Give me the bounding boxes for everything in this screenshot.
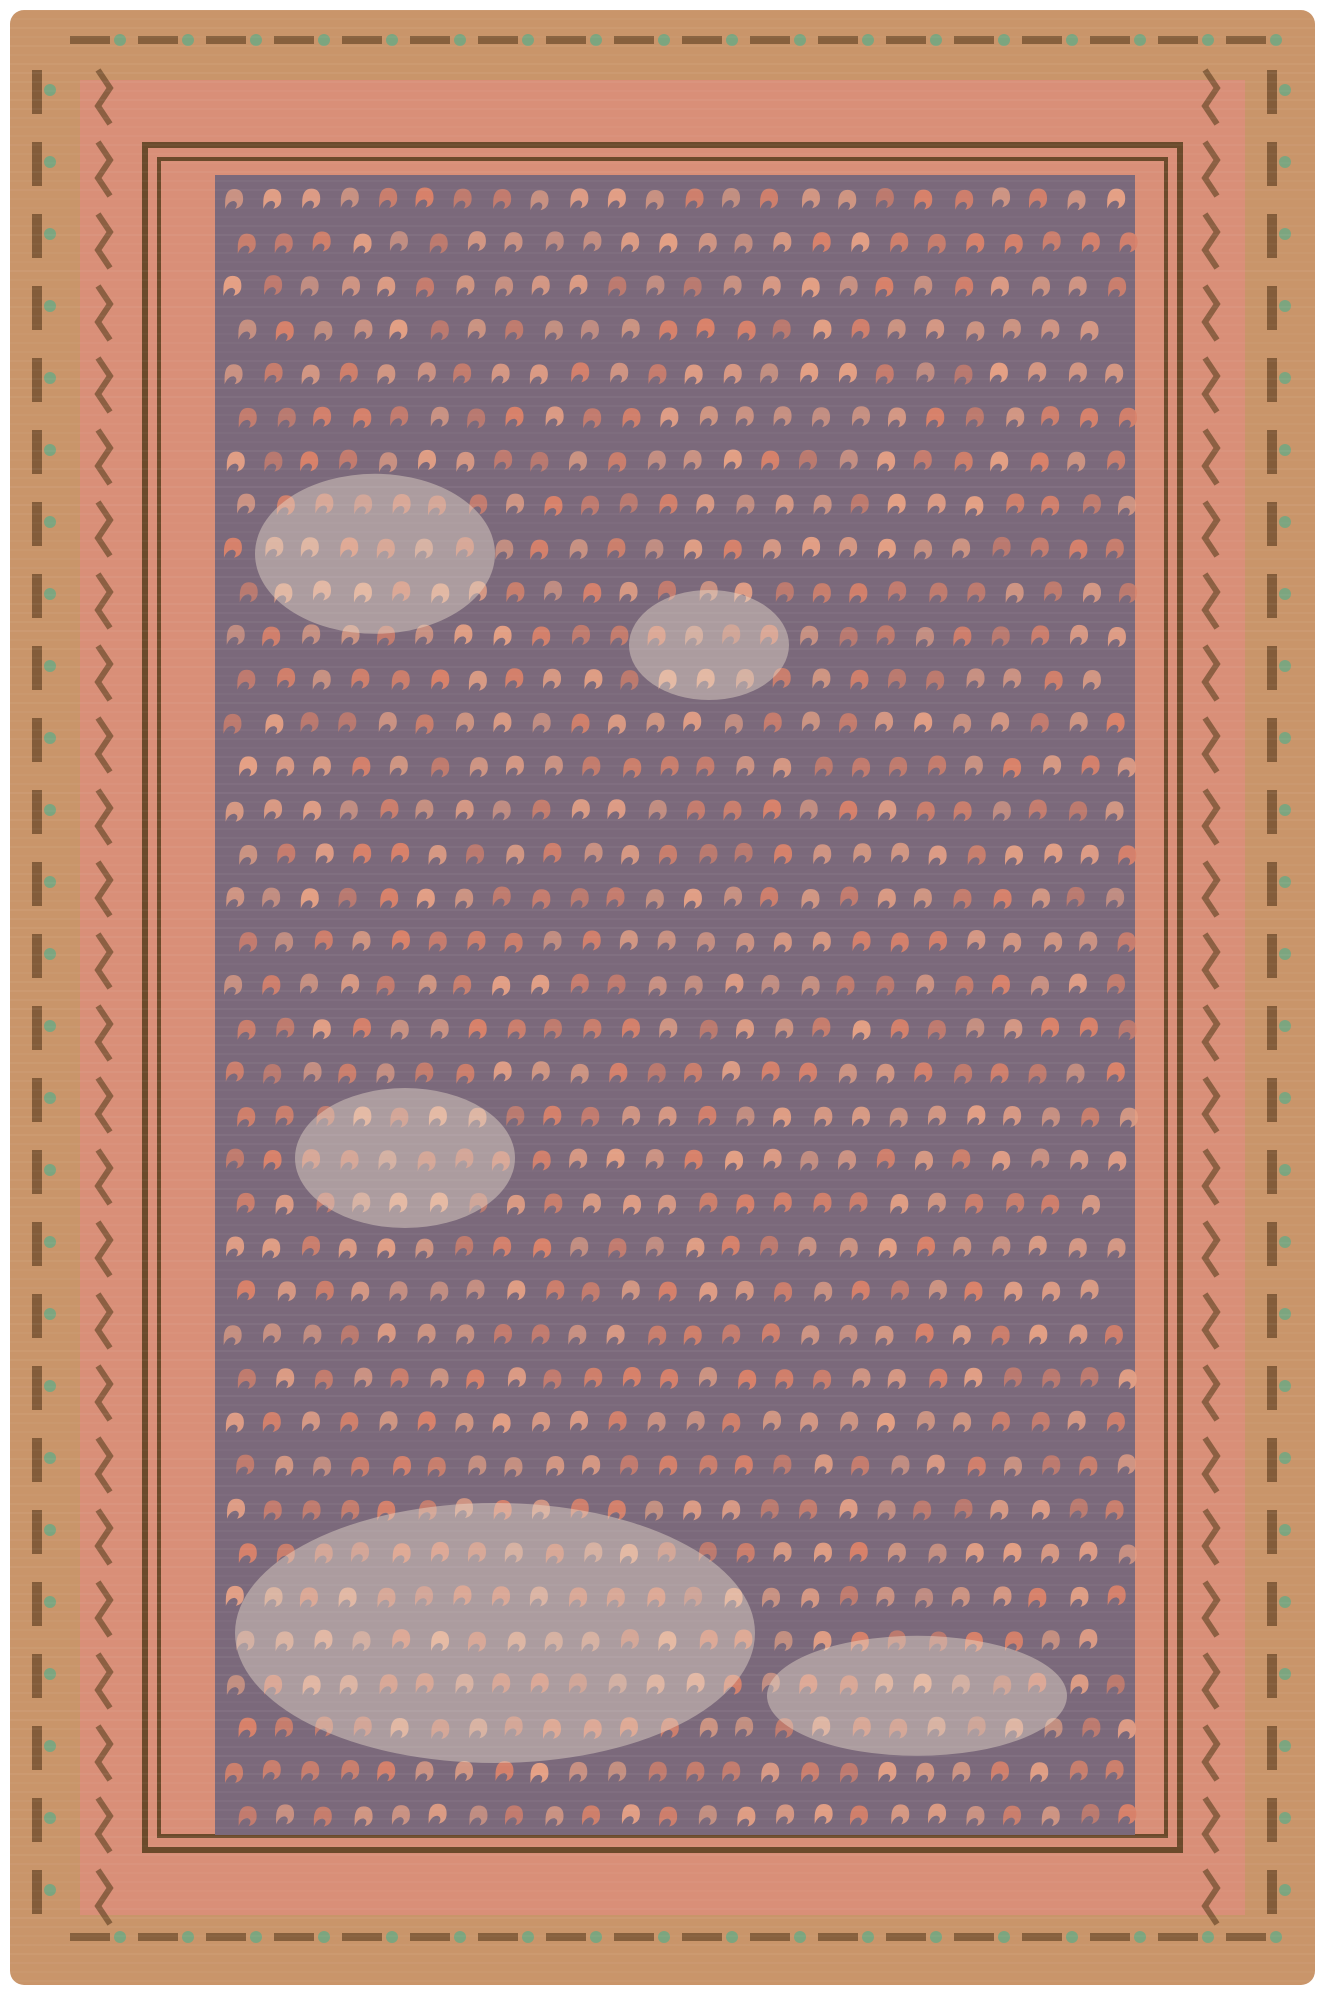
border-accent-dot: [44, 1308, 56, 1320]
border-accent-dot: [44, 84, 56, 96]
border-accent-dot: [44, 444, 56, 456]
rug: [10, 10, 1315, 1985]
border-accent-dot: [454, 1931, 466, 1943]
border-accent-dot: [1279, 732, 1291, 744]
border-accent-dot: [1134, 1931, 1146, 1943]
border-glyph: [32, 1510, 42, 1554]
border-accent-dot: [318, 1931, 330, 1943]
border-glyph: [1267, 1150, 1277, 1194]
border-glyph: [886, 1933, 926, 1941]
border-glyph: [32, 862, 42, 906]
border-accent-dot: [1202, 34, 1214, 46]
border-glyph: [478, 1933, 518, 1941]
border-glyph: [410, 1933, 450, 1941]
border-accent-dot: [726, 34, 738, 46]
border-accent-dot: [1279, 660, 1291, 672]
border-accent-dot: [44, 1812, 56, 1824]
border-accent-dot: [1270, 1931, 1282, 1943]
border-accent-dot: [44, 588, 56, 600]
border-glyph: [1267, 1870, 1277, 1914]
border-accent-dot: [44, 228, 56, 240]
border-accent-dot: [114, 1931, 126, 1943]
border-accent-dot: [1279, 948, 1291, 960]
border-accent-dot: [998, 34, 1010, 46]
border-glyph: [32, 1294, 42, 1338]
border-accent-dot: [1279, 804, 1291, 816]
border-accent-dot: [930, 1931, 942, 1943]
border-glyph: [32, 1078, 42, 1122]
rug-illustration: [10, 10, 1315, 1985]
border-accent-dot: [1279, 1164, 1291, 1176]
border-accent-dot: [1279, 1668, 1291, 1680]
border-glyph: [206, 1933, 246, 1941]
border-accent-dot: [1279, 1740, 1291, 1752]
border-accent-dot: [1279, 1812, 1291, 1824]
border-glyph: [1267, 1438, 1277, 1482]
border-glyph: [32, 430, 42, 474]
border-accent-dot: [44, 1236, 56, 1248]
border-glyph: [682, 1933, 722, 1941]
border-accent-dot: [44, 300, 56, 312]
border-accent-dot: [44, 1452, 56, 1464]
border-accent-dot: [930, 34, 942, 46]
border-glyph: [1267, 1582, 1277, 1626]
border-accent-dot: [44, 1884, 56, 1896]
border-accent-dot: [44, 1092, 56, 1104]
border-accent-dot: [1279, 228, 1291, 240]
border-glyph: [274, 1933, 314, 1941]
border-accent-dot: [44, 732, 56, 744]
border-accent-dot: [590, 1931, 602, 1943]
border-accent-dot: [250, 1931, 262, 1943]
border-glyph: [1267, 1798, 1277, 1842]
border-accent-dot: [44, 1164, 56, 1176]
border-glyph: [32, 1366, 42, 1410]
border-accent-dot: [1066, 1931, 1078, 1943]
border-glyph: [1158, 1933, 1198, 1941]
worn-patch: [629, 590, 789, 700]
border-glyph: [1267, 1510, 1277, 1554]
border-accent-dot: [454, 34, 466, 46]
border-accent-dot: [1279, 300, 1291, 312]
border-accent-dot: [44, 1020, 56, 1032]
border-glyph: [1267, 286, 1277, 330]
border-glyph: [32, 142, 42, 186]
border-glyph: [138, 1933, 178, 1941]
border-glyph: [954, 1933, 994, 1941]
border-glyph: [1267, 862, 1277, 906]
border-accent-dot: [1279, 1020, 1291, 1032]
border-accent-dot: [44, 876, 56, 888]
border-accent-dot: [1270, 34, 1282, 46]
border-accent-dot: [1279, 1380, 1291, 1392]
border-glyph: [32, 1654, 42, 1698]
border-glyph: [32, 718, 42, 762]
border-accent-dot: [658, 34, 670, 46]
border-accent-dot: [1134, 34, 1146, 46]
border-glyph: [1267, 790, 1277, 834]
border-glyph: [1267, 646, 1277, 690]
border-glyph: [32, 502, 42, 546]
border-accent-dot: [658, 1931, 670, 1943]
border-accent-dot: [726, 1931, 738, 1943]
border-glyph: [1267, 70, 1277, 114]
border-glyph: [1267, 1366, 1277, 1410]
border-accent-dot: [44, 1380, 56, 1392]
border-accent-dot: [1279, 516, 1291, 528]
worn-patch: [235, 1503, 755, 1763]
border-glyph: [1226, 1933, 1266, 1941]
border-glyph: [750, 1933, 790, 1941]
border-accent-dot: [522, 34, 534, 46]
border-glyph: [1267, 214, 1277, 258]
border-glyph: [1267, 1078, 1277, 1122]
border-accent-dot: [386, 34, 398, 46]
border-glyph: [32, 286, 42, 330]
border-accent-dot: [1279, 588, 1291, 600]
border-glyph: [1267, 1222, 1277, 1266]
border-glyph: [32, 934, 42, 978]
border-glyph: [32, 214, 42, 258]
border-glyph: [32, 1870, 42, 1914]
border-accent-dot: [862, 34, 874, 46]
border-accent-dot: [1279, 1596, 1291, 1608]
border-glyph: [1267, 502, 1277, 546]
border-glyph: [1267, 430, 1277, 474]
border-glyph: [32, 1582, 42, 1626]
border-glyph: [32, 790, 42, 834]
border-accent-dot: [44, 156, 56, 168]
border-accent-dot: [44, 948, 56, 960]
border-accent-dot: [386, 1931, 398, 1943]
border-accent-dot: [318, 34, 330, 46]
border-accent-dot: [1279, 1524, 1291, 1536]
border-glyph: [1267, 1294, 1277, 1338]
border-accent-dot: [114, 34, 126, 46]
border-accent-dot: [1279, 84, 1291, 96]
border-accent-dot: [44, 516, 56, 528]
worn-patch: [255, 474, 495, 634]
border-accent-dot: [1279, 1092, 1291, 1104]
border-glyph: [614, 1933, 654, 1941]
border-accent-dot: [1279, 1308, 1291, 1320]
border-accent-dot: [44, 804, 56, 816]
border-accent-dot: [862, 1931, 874, 1943]
border-accent-dot: [1279, 1452, 1291, 1464]
border-accent-dot: [1279, 156, 1291, 168]
border-glyph: [1267, 934, 1277, 978]
border-glyph: [32, 1726, 42, 1770]
border-glyph: [1267, 574, 1277, 618]
border-glyph: [70, 1933, 110, 1941]
border-glyph: [546, 1933, 586, 1941]
border-glyph: [818, 1933, 858, 1941]
border-accent-dot: [44, 372, 56, 384]
border-accent-dot: [44, 1668, 56, 1680]
border-glyph: [1267, 358, 1277, 402]
border-glyph: [32, 70, 42, 114]
border-accent-dot: [1202, 1931, 1214, 1943]
border-glyph: [1267, 718, 1277, 762]
border-glyph: [32, 1006, 42, 1050]
border-accent-dot: [44, 1596, 56, 1608]
border-accent-dot: [1279, 876, 1291, 888]
border-accent-dot: [1066, 34, 1078, 46]
border-accent-dot: [794, 1931, 806, 1943]
border-accent-dot: [1279, 444, 1291, 456]
border-accent-dot: [998, 1931, 1010, 1943]
border-accent-dot: [250, 34, 262, 46]
border-accent-dot: [590, 34, 602, 46]
border-glyph: [32, 1222, 42, 1266]
border-glyph: [1267, 1006, 1277, 1050]
border-glyph: [32, 1798, 42, 1842]
border-accent-dot: [1279, 372, 1291, 384]
border-glyph: [1090, 1933, 1130, 1941]
border-accent-dot: [1279, 1884, 1291, 1896]
border-glyph: [1267, 1726, 1277, 1770]
border-accent-dot: [44, 1740, 56, 1752]
border-glyph: [32, 1438, 42, 1482]
border-accent-dot: [1279, 1236, 1291, 1248]
border-accent-dot: [44, 660, 56, 672]
border-accent-dot: [522, 1931, 534, 1943]
border-accent-dot: [182, 1931, 194, 1943]
border-glyph: [32, 646, 42, 690]
border-glyph: [32, 574, 42, 618]
border-glyph: [1022, 1933, 1062, 1941]
border-glyph: [1267, 1654, 1277, 1698]
border-glyph: [1267, 142, 1277, 186]
border-glyph: [342, 1933, 382, 1941]
border-accent-dot: [44, 1524, 56, 1536]
border-accent-dot: [794, 34, 806, 46]
border-glyph: [32, 1150, 42, 1194]
border-glyph: [32, 358, 42, 402]
border-accent-dot: [182, 34, 194, 46]
